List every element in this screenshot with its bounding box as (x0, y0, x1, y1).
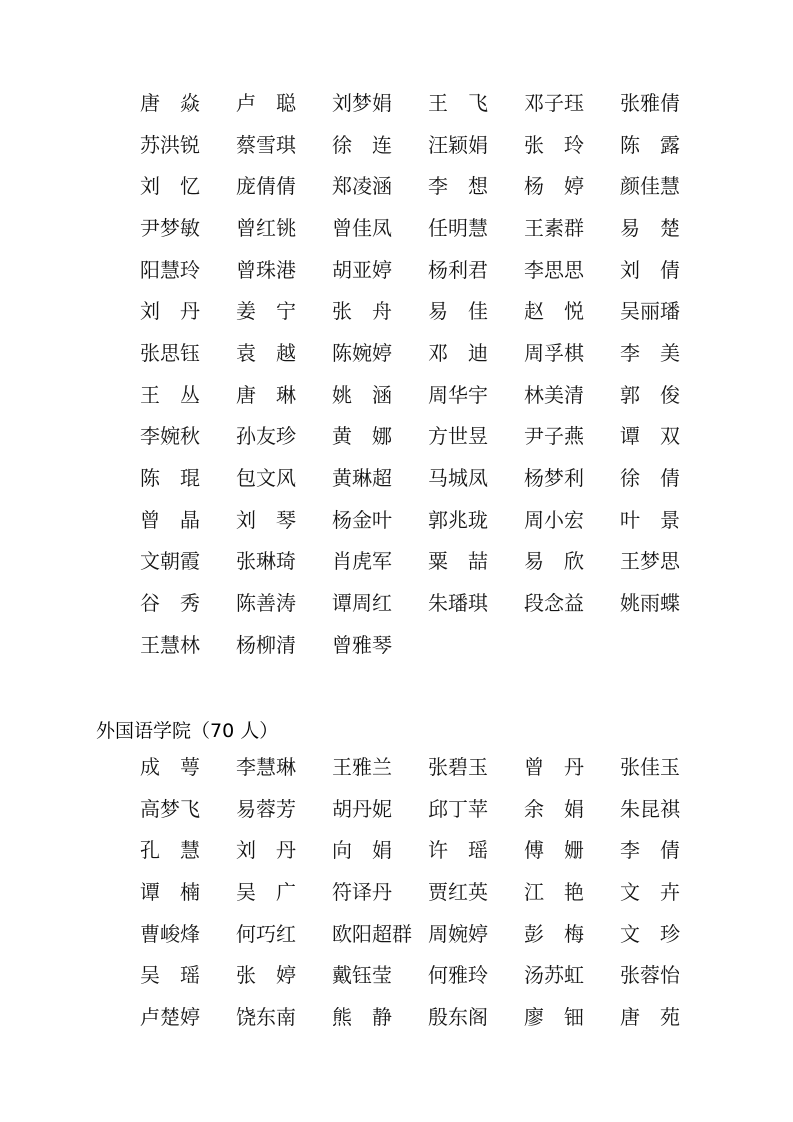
person-name: 胡丹妮 (332, 797, 392, 821)
person-name: 曾佳凤 (332, 216, 392, 240)
name-cell: 曾丹 (524, 755, 620, 779)
name-cell: 庞倩倩 (236, 174, 332, 198)
name-cell: 成萼 (140, 755, 236, 779)
person-name: 吴丽璠 (620, 299, 680, 323)
person-name: 李想 (428, 174, 488, 198)
name-cell: 王梦思 (620, 549, 716, 573)
name-cell: 徐倩 (620, 466, 716, 490)
name-cell: 殷东阁 (428, 1005, 524, 1029)
person-name: 周华宇 (428, 383, 488, 407)
name-row: 高梦飞易蓉芳胡丹妮邱丁苹余娟朱昆祺 (140, 788, 740, 830)
name-cell: 刘丹 (236, 838, 332, 862)
person-name: 周婉婷 (428, 922, 488, 946)
name-cell: 袁越 (236, 341, 332, 365)
person-name: 唐苑 (620, 1005, 680, 1029)
name-cell: 姜宁 (236, 299, 332, 323)
name-cell: 刘倩 (620, 258, 716, 282)
name-cell: 叶景 (620, 508, 716, 532)
name-cell: 谷秀 (140, 591, 236, 615)
person-name: 刘倩 (620, 258, 680, 282)
person-name: 叶景 (620, 508, 680, 532)
name-cell: 周婉婷 (428, 922, 524, 946)
name-row: 苏洪锐蔡雪琪徐连汪颖娟张玲陈露 (140, 124, 740, 166)
name-cell: 林美清 (524, 383, 620, 407)
name-cell: 黄娜 (332, 424, 428, 448)
name-cell: 邱丁苹 (428, 797, 524, 821)
person-name: 曾晶 (140, 508, 200, 532)
person-name: 彭梅 (524, 922, 584, 946)
name-cell: 王飞 (428, 91, 524, 115)
person-name: 颜佳慧 (620, 174, 680, 198)
name-cell: 曾红铫 (236, 216, 332, 240)
name-cell: 杨利君 (428, 258, 524, 282)
name-cell: 江艳 (524, 880, 620, 904)
name-cell: 向娟 (332, 838, 428, 862)
name-row: 谷秀陈善涛谭周红朱璠琪段念益姚雨蝶 (140, 582, 740, 624)
person-name: 李婉秋 (140, 424, 200, 448)
person-name: 许瑶 (428, 838, 488, 862)
name-cell: 符译丹 (332, 880, 428, 904)
name-cell: 颜佳慧 (620, 174, 716, 198)
name-cell: 赵悦 (524, 299, 620, 323)
person-name: 周孚棋 (524, 341, 584, 365)
name-cell: 刘琴 (236, 508, 332, 532)
person-name: 杨金叶 (332, 508, 392, 532)
name-list-foreign-languages: 成萼李慧琳王雅兰张碧玉曾丹张佳玉高梦飞易蓉芳胡丹妮邱丁苹余娟朱昆祺孔慧刘丹向娟许… (140, 746, 740, 1038)
person-name: 朱璠琪 (428, 591, 488, 615)
name-cell: 张玲 (524, 133, 620, 157)
name-cell: 李美 (620, 341, 716, 365)
name-cell: 姚涵 (332, 383, 428, 407)
person-name: 姜宁 (236, 299, 296, 323)
name-cell: 何雅玲 (428, 963, 524, 987)
person-name: 蔡雪琪 (236, 133, 296, 157)
person-name: 吴广 (236, 880, 296, 904)
name-cell: 李思思 (524, 258, 620, 282)
person-name: 林美清 (524, 383, 584, 407)
person-name: 王飞 (428, 91, 488, 115)
name-cell: 邓迪 (428, 341, 524, 365)
name-row: 阳慧玲曾珠港胡亚婷杨利君李思思刘倩 (140, 249, 740, 291)
person-name: 黄琳超 (332, 466, 392, 490)
person-name: 陈善涛 (236, 591, 296, 615)
person-name: 王雅兰 (332, 755, 392, 779)
person-name: 王素群 (524, 216, 584, 240)
name-cell: 谭周红 (332, 591, 428, 615)
person-name: 卢楚婷 (140, 1005, 200, 1029)
name-cell: 杨梦利 (524, 466, 620, 490)
name-cell: 刘忆 (140, 174, 236, 198)
person-name: 张琳琦 (236, 549, 296, 573)
person-name: 包文风 (236, 466, 296, 490)
person-name: 陈露 (620, 133, 680, 157)
person-name: 易楚 (620, 216, 680, 240)
name-cell: 王雅兰 (332, 755, 428, 779)
person-name: 傅姗 (524, 838, 584, 862)
name-cell: 张思钰 (140, 341, 236, 365)
name-cell: 黄琳超 (332, 466, 428, 490)
name-cell: 周孚棋 (524, 341, 620, 365)
person-name: 易佳 (428, 299, 488, 323)
name-cell: 杨柳清 (236, 633, 332, 657)
name-cell: 陈琨 (140, 466, 236, 490)
name-cell: 陈善涛 (236, 591, 332, 615)
name-cell: 文珍 (620, 922, 716, 946)
name-cell: 张琳琦 (236, 549, 332, 573)
person-name: 胡亚婷 (332, 258, 392, 282)
person-name: 成萼 (140, 755, 200, 779)
name-cell: 徐连 (332, 133, 428, 157)
name-cell: 吴广 (236, 880, 332, 904)
name-cell: 阳慧玲 (140, 258, 236, 282)
name-cell: 张舟 (332, 299, 428, 323)
name-cell: 汪颖娟 (428, 133, 524, 157)
person-name: 刘丹 (236, 838, 296, 862)
name-cell: 余娟 (524, 797, 620, 821)
person-name: 赵悦 (524, 299, 584, 323)
person-name: 李倩 (620, 838, 680, 862)
person-name: 刘琴 (236, 508, 296, 532)
person-name: 徐倩 (620, 466, 680, 490)
name-row: 孔慧刘丹向娟许瑶傅姗李倩 (140, 829, 740, 871)
name-cell: 文卉 (620, 880, 716, 904)
person-name: 向娟 (332, 838, 392, 862)
name-cell: 郭俊 (620, 383, 716, 407)
name-cell: 姚雨蝶 (620, 591, 716, 615)
person-name: 唐焱 (140, 91, 200, 115)
name-cell: 唐苑 (620, 1005, 716, 1029)
person-name: 欧阳超群 (332, 922, 412, 946)
person-name: 汪颖娟 (428, 133, 488, 157)
person-name: 张蓉怡 (620, 963, 680, 987)
person-name: 谷秀 (140, 591, 200, 615)
name-cell: 尹梦敏 (140, 216, 236, 240)
name-cell: 吴瑶 (140, 963, 236, 987)
person-name: 邓子珏 (524, 91, 584, 115)
person-name: 符译丹 (332, 880, 392, 904)
person-name: 廖钿 (524, 1005, 584, 1029)
name-cell: 尹子燕 (524, 424, 620, 448)
name-cell: 孙友珍 (236, 424, 332, 448)
person-name: 张玲 (524, 133, 584, 157)
person-name: 张婷 (236, 963, 296, 987)
name-cell: 唐焱 (140, 91, 236, 115)
name-cell: 卢楚婷 (140, 1005, 236, 1029)
name-cell: 汤苏虹 (524, 963, 620, 987)
name-cell: 胡丹妮 (332, 797, 428, 821)
name-row: 谭楠吴广符译丹贾红英江艳文卉 (140, 871, 740, 913)
person-name: 曾红铫 (236, 216, 296, 240)
name-row: 成萼李慧琳王雅兰张碧玉曾丹张佳玉 (140, 746, 740, 788)
person-name: 何巧红 (236, 922, 296, 946)
person-name: 苏洪锐 (140, 133, 200, 157)
name-cell: 李慧琳 (236, 755, 332, 779)
name-cell: 周小宏 (524, 508, 620, 532)
name-cell: 许瑶 (428, 838, 524, 862)
person-name: 文朝霞 (140, 549, 200, 573)
name-cell: 高梦飞 (140, 797, 236, 821)
person-name: 段念益 (524, 591, 584, 615)
person-name: 贾红英 (428, 880, 488, 904)
name-list-previous-section: 唐焱卢聪刘梦娟王飞邓子珏张雅倩苏洪锐蔡雪琪徐连汪颖娟张玲陈露刘忆庞倩倩郑凌涵李想… (140, 82, 740, 666)
name-cell: 易楚 (620, 216, 716, 240)
person-name: 郭兆珑 (428, 508, 488, 532)
person-name: 何雅玲 (428, 963, 488, 987)
name-cell: 任明慧 (428, 216, 524, 240)
person-name: 谭周红 (332, 591, 392, 615)
person-name: 刘梦娟 (332, 91, 392, 115)
name-cell: 陈露 (620, 133, 716, 157)
name-cell: 杨婷 (524, 174, 620, 198)
name-row: 张思钰袁越陈婉婷邓迪周孚棋李美 (140, 332, 740, 374)
name-cell: 谭楠 (140, 880, 236, 904)
person-name: 王梦思 (620, 549, 680, 573)
name-cell: 苏洪锐 (140, 133, 236, 157)
name-cell: 曾雅琴 (332, 633, 428, 657)
name-cell: 易欣 (524, 549, 620, 573)
name-row: 曾晶刘琴杨金叶郭兆珑周小宏叶景 (140, 499, 740, 541)
name-cell: 孔慧 (140, 838, 236, 862)
name-cell: 彭梅 (524, 922, 620, 946)
name-row: 卢楚婷饶东南熊静殷东阁廖钿唐苑 (140, 996, 740, 1038)
person-name: 张舟 (332, 299, 392, 323)
name-cell: 马城凤 (428, 466, 524, 490)
person-name: 杨婷 (524, 174, 584, 198)
person-name: 李慧琳 (236, 755, 296, 779)
name-cell: 易佳 (428, 299, 524, 323)
name-cell: 饶东南 (236, 1005, 332, 1029)
person-name: 杨梦利 (524, 466, 584, 490)
person-name: 陈婉婷 (332, 341, 392, 365)
person-name: 朱昆祺 (620, 797, 680, 821)
name-cell: 谭双 (620, 424, 716, 448)
person-name: 周小宏 (524, 508, 584, 532)
name-cell: 朱昆祺 (620, 797, 716, 821)
name-cell: 卢聪 (236, 91, 332, 115)
person-name: 任明慧 (428, 216, 488, 240)
name-cell: 刘梦娟 (332, 91, 428, 115)
name-cell: 廖钿 (524, 1005, 620, 1029)
name-row: 文朝霞张琳琦肖虎军粟喆易欣王梦思 (140, 541, 740, 583)
name-cell: 粟喆 (428, 549, 524, 573)
person-name: 庞倩倩 (236, 174, 296, 198)
person-name: 余娟 (524, 797, 584, 821)
person-name: 邱丁苹 (428, 797, 488, 821)
person-name: 张思钰 (140, 341, 200, 365)
person-name: 黄娜 (332, 424, 392, 448)
person-name: 文珍 (620, 922, 680, 946)
person-name: 尹子燕 (524, 424, 584, 448)
person-name: 刘忆 (140, 174, 200, 198)
name-cell: 段念益 (524, 591, 620, 615)
name-cell: 胡亚婷 (332, 258, 428, 282)
name-cell: 曾晶 (140, 508, 236, 532)
person-name: 汤苏虹 (524, 963, 584, 987)
name-cell: 欧阳超群 (332, 922, 428, 946)
person-name: 李美 (620, 341, 680, 365)
person-name: 易欣 (524, 549, 584, 573)
name-row: 唐焱卢聪刘梦娟王飞邓子珏张雅倩 (140, 82, 740, 124)
person-name: 谭楠 (140, 880, 200, 904)
name-cell: 杨金叶 (332, 508, 428, 532)
person-name: 张碧玉 (428, 755, 488, 779)
name-cell: 文朝霞 (140, 549, 236, 573)
person-name: 郑凌涵 (332, 174, 392, 198)
name-cell: 方世昱 (428, 424, 524, 448)
name-cell: 熊静 (332, 1005, 428, 1029)
person-name: 易蓉芳 (236, 797, 296, 821)
name-cell: 张佳玉 (620, 755, 716, 779)
name-row: 王慧林杨柳清曾雅琴 (140, 624, 740, 666)
person-name: 阳慧玲 (140, 258, 200, 282)
person-name: 方世昱 (428, 424, 488, 448)
name-row: 陈琨包文风黄琳超马城凤杨梦利徐倩 (140, 457, 740, 499)
person-name: 唐琳 (236, 383, 296, 407)
name-cell: 刘丹 (140, 299, 236, 323)
name-cell: 包文风 (236, 466, 332, 490)
name-cell: 周华宇 (428, 383, 524, 407)
name-cell: 吴丽璠 (620, 299, 716, 323)
name-row: 李婉秋孙友珍黄娜方世昱尹子燕谭双 (140, 416, 740, 458)
name-cell: 李想 (428, 174, 524, 198)
person-name: 曹峻烽 (140, 922, 200, 946)
name-cell: 陈婉婷 (332, 341, 428, 365)
person-name: 肖虎军 (332, 549, 392, 573)
name-row: 刘忆庞倩倩郑凌涵李想杨婷颜佳慧 (140, 165, 740, 207)
person-name: 陈琨 (140, 466, 200, 490)
person-name: 高梦飞 (140, 797, 200, 821)
name-cell: 肖虎军 (332, 549, 428, 573)
person-name: 孙友珍 (236, 424, 296, 448)
person-name: 李思思 (524, 258, 584, 282)
person-name: 谭双 (620, 424, 680, 448)
person-name: 殷东阁 (428, 1005, 488, 1029)
name-cell: 郑凌涵 (332, 174, 428, 198)
person-name: 王丛 (140, 383, 200, 407)
name-cell: 张蓉怡 (620, 963, 716, 987)
person-name: 江艳 (524, 880, 584, 904)
person-name: 刘丹 (140, 299, 200, 323)
name-row: 曹峻烽何巧红欧阳超群周婉婷彭梅文珍 (140, 913, 740, 955)
name-cell: 蔡雪琪 (236, 133, 332, 157)
person-name: 熊静 (332, 1005, 392, 1029)
name-cell: 王慧林 (140, 633, 236, 657)
person-name: 曾珠港 (236, 258, 296, 282)
person-name: 曾雅琴 (332, 633, 392, 657)
person-name: 姚涵 (332, 383, 392, 407)
person-name: 吴瑶 (140, 963, 200, 987)
person-name: 曾丹 (524, 755, 584, 779)
name-row: 刘丹姜宁张舟易佳赵悦吴丽璠 (140, 290, 740, 332)
name-cell: 李婉秋 (140, 424, 236, 448)
name-cell: 李倩 (620, 838, 716, 862)
name-row: 尹梦敏曾红铫曾佳凤任明慧王素群易楚 (140, 207, 740, 249)
name-cell: 易蓉芳 (236, 797, 332, 821)
person-name: 张雅倩 (620, 91, 680, 115)
name-cell: 傅姗 (524, 838, 620, 862)
person-name: 马城凤 (428, 466, 488, 490)
name-cell: 唐琳 (236, 383, 332, 407)
person-name: 杨柳清 (236, 633, 296, 657)
name-cell: 贾红英 (428, 880, 524, 904)
name-cell: 曹峻烽 (140, 922, 236, 946)
name-cell: 邓子珏 (524, 91, 620, 115)
name-row: 王丛唐琳姚涵周华宇林美清郭俊 (140, 374, 740, 416)
person-name: 粟喆 (428, 549, 488, 573)
person-name: 邓迪 (428, 341, 488, 365)
name-cell: 张婷 (236, 963, 332, 987)
person-name: 孔慧 (140, 838, 200, 862)
name-cell: 朱璠琪 (428, 591, 524, 615)
person-name: 尹梦敏 (140, 216, 200, 240)
person-name: 张佳玉 (620, 755, 680, 779)
name-cell: 王丛 (140, 383, 236, 407)
name-cell: 王素群 (524, 216, 620, 240)
name-cell: 张雅倩 (620, 91, 716, 115)
person-name: 戴钰莹 (332, 963, 392, 987)
person-name: 姚雨蝶 (620, 591, 680, 615)
name-cell: 郭兆珑 (428, 508, 524, 532)
person-name: 饶东南 (236, 1005, 296, 1029)
person-name: 徐连 (332, 133, 392, 157)
person-name: 卢聪 (236, 91, 296, 115)
person-name: 杨利君 (428, 258, 488, 282)
person-name: 文卉 (620, 880, 680, 904)
person-name: 袁越 (236, 341, 296, 365)
section-heading-foreign-languages: 外国语学院（70 人） (96, 719, 278, 743)
name-cell: 曾珠港 (236, 258, 332, 282)
name-cell: 何巧红 (236, 922, 332, 946)
name-cell: 张碧玉 (428, 755, 524, 779)
name-cell: 曾佳凤 (332, 216, 428, 240)
person-name: 王慧林 (140, 633, 200, 657)
name-cell: 戴钰莹 (332, 963, 428, 987)
name-row: 吴瑶张婷戴钰莹何雅玲汤苏虹张蓉怡 (140, 954, 740, 996)
person-name: 郭俊 (620, 383, 680, 407)
